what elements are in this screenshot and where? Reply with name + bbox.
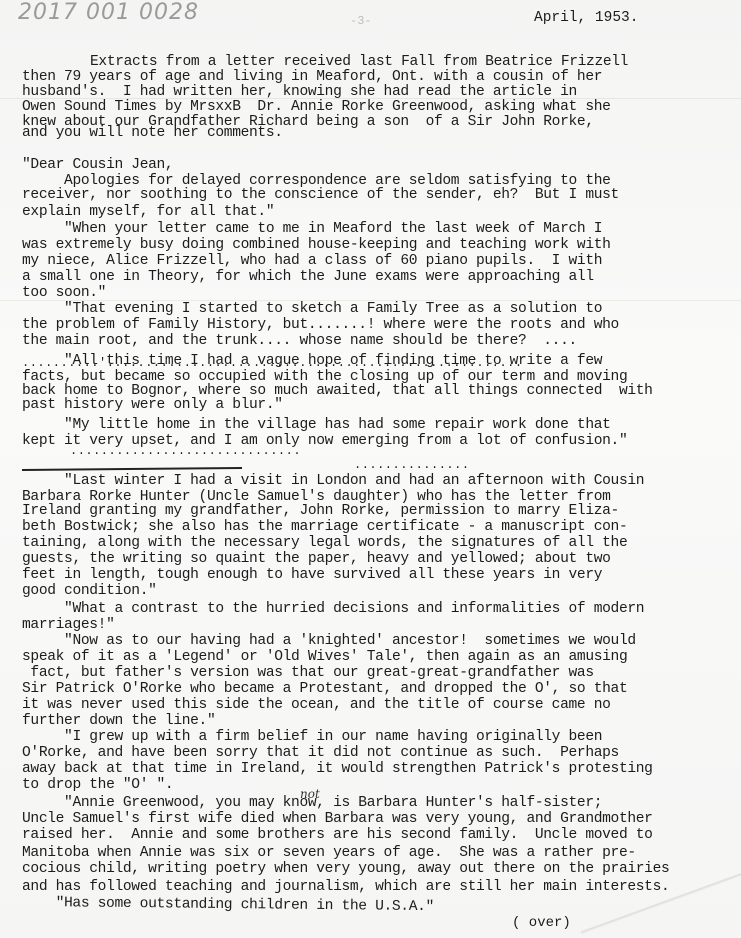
letter-line: Manitoba when Annie was six or seven yea…: [22, 846, 636, 861]
letter-date: April, 1953.: [534, 10, 638, 26]
intro-line: and you will note her comments.: [22, 126, 283, 141]
letter-line: speak of it as a 'Legend' or 'Old Wives'…: [22, 650, 627, 665]
letter-line: my niece, Alice Frizzell, who had a clas…: [22, 254, 602, 269]
intro-line: Extracts from a letter received last Fal…: [90, 55, 628, 70]
dotted-separator: ...............: [354, 458, 470, 472]
letter-line: "Dear Cousin Jean,: [22, 158, 173, 173]
letter-line: taining, along with the necessary legal …: [22, 536, 627, 551]
letter-line: O'Rorke, and have been sorry that it did…: [22, 746, 619, 761]
over-note: ( over): [512, 915, 571, 931]
letter-line: Uncle Samuel's first wife died when Barb…: [22, 812, 653, 827]
letter-line: feet in length, tough enough to have sur…: [22, 568, 602, 583]
letter-line: further down the line.": [22, 714, 215, 729]
letter-line: explain myself, for all that.": [22, 205, 274, 220]
typed-letter-page: 2017 001 0028 -3- April, 1953. Extracts …: [0, 0, 741, 938]
page-marker: -3-: [350, 14, 372, 28]
letter-line: it was never used this side the ocean, a…: [22, 698, 611, 713]
letter-line: "Last winter I had a visit in London and…: [22, 474, 644, 489]
letter-line: was extremely busy doing combined house-…: [22, 238, 611, 253]
letter-line: to drop the "O' ".: [22, 778, 173, 793]
letter-line: "Has some outstanding children in the U.…: [22, 896, 434, 915]
letter-line: and has followed teaching and journalism…: [22, 880, 669, 895]
letter-line: guests, the writing so quaint the paper,…: [22, 552, 611, 567]
letter-line: good condition.": [22, 584, 157, 599]
dotted-separator: ..........'.............................…: [22, 356, 523, 370]
letter-line: "Now as to our having had a 'knighted' a…: [22, 634, 636, 649]
letter-line: away back at that time in Ireland, it wo…: [22, 762, 653, 777]
intro-line: then 79 years of age and living in Meafo…: [22, 70, 602, 85]
letter-line: raised her. Annie and some brothers are …: [22, 828, 653, 843]
letter-line: marriages!": [22, 618, 115, 633]
letter-line: Sir Patrick O'Rorke who became a Protest…: [22, 682, 627, 697]
letter-line: cocious child, writing poetry when very …: [22, 862, 669, 877]
letter-line: "My little home in the village has had s…: [22, 418, 611, 433]
letter-line: receiver, nor soothing to the conscience…: [22, 188, 619, 203]
archive-number: 2017 001 0028: [18, 0, 199, 25]
letter-line: "That evening I started to sketch a Fami…: [22, 302, 602, 317]
handwritten-insert: not: [300, 787, 320, 801]
letter-line: fact, but father's version was that our …: [22, 666, 594, 681]
dotted-separator: ..............................: [70, 444, 301, 458]
letter-line: "I grew up with a firm belief in our nam…: [22, 730, 602, 745]
letter-line: a small one in Theory, for which the Jun…: [22, 270, 594, 285]
letter-line: beth Bostwick; she also has the marriage…: [22, 520, 627, 535]
strikethrough-mark: [22, 467, 242, 471]
letter-line: the problem of Family History, but......…: [22, 318, 619, 333]
letter-line: the main root, and the trunk.... whose n…: [22, 334, 577, 349]
letter-line: "What a contrast to the hurried decision…: [22, 602, 644, 617]
letter-line: "When your letter came to me in Meaford …: [22, 222, 602, 237]
letter-line: too soon.": [22, 286, 106, 301]
letter-line: past history were only a blur.": [22, 398, 283, 413]
intro-line: Owen Sound Times by MrsxxB Dr. Annie Ror…: [22, 100, 611, 115]
intro-line: husband's. I had written her, knowing sh…: [22, 85, 577, 100]
letter-line: Ireland granting my grandfather, John Ro…: [22, 504, 619, 519]
